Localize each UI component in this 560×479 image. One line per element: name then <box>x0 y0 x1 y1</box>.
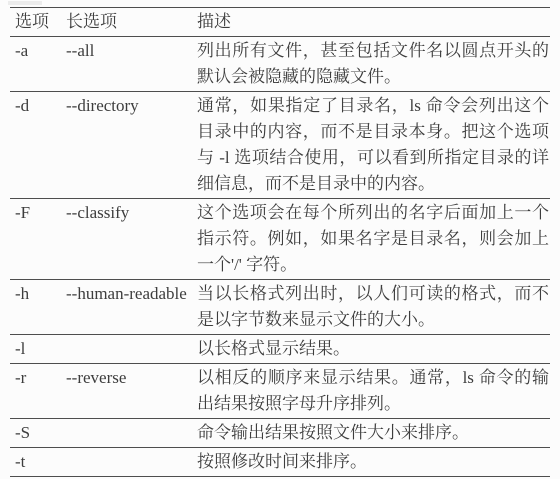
table-row: -d --directory 通常，如果指定了目录名，ls 命令会列出这个目录中… <box>10 92 550 199</box>
description-cell: 按照修改时间来排序。 <box>197 448 550 477</box>
option-cell: -d <box>10 92 66 199</box>
header-long-option: 长选项 <box>66 8 197 37</box>
table-header-row: 选项 长选项 描述 <box>10 8 550 37</box>
description-cell: 命令输出结果按照文件大小来排序。 <box>197 419 550 448</box>
long-option-cell: --directory <box>66 92 197 199</box>
long-option-cell <box>66 419 197 448</box>
scan-artifact <box>8 1 42 5</box>
description-cell: 以相反的顺序来显示结果。通常，ls 命令的输出结果按照字母升序排列。 <box>197 364 550 419</box>
option-cell: -r <box>10 364 66 419</box>
table-row: -h --human-readable 当以长格式列出时，以人们可读的格式，而不… <box>10 280 550 335</box>
long-option-cell: --reverse <box>66 364 197 419</box>
table-row: -t 按照修改时间来排序。 <box>10 448 550 477</box>
description-cell: 通常，如果指定了目录名，ls 命令会列出这个目录中的内容，而不是目录本身。把这个… <box>197 92 550 199</box>
long-option-cell: --human-readable <box>66 280 197 335</box>
table-row: -S 命令输出结果按照文件大小来排序。 <box>10 419 550 448</box>
option-cell: -a <box>10 37 66 92</box>
header-description: 描述 <box>197 8 550 37</box>
description-cell: 当以长格式列出时，以人们可读的格式，而不是以字节数来显示文件的大小。 <box>197 280 550 335</box>
table-row: -l 以长格式显示结果。 <box>10 335 550 364</box>
option-cell: -t <box>10 448 66 477</box>
option-cell: -F <box>10 199 66 280</box>
option-cell: -h <box>10 280 66 335</box>
description-cell: 这个选项会在每个所列出的名字后面加上一个指示符。例如，如果名字是目录名，则会加上… <box>197 199 550 280</box>
long-option-cell: --classify <box>66 199 197 280</box>
table-row: -r --reverse 以相反的顺序来显示结果。通常，ls 命令的输出结果按照… <box>10 364 550 419</box>
ls-options-table: 选项 长选项 描述 -a --all 列出所有文件，甚至包括文件名以圆点开头的默… <box>10 7 550 477</box>
long-option-cell <box>66 448 197 477</box>
description-cell: 列出所有文件，甚至包括文件名以圆点开头的默认会被隐藏的隐藏文件。 <box>197 37 550 92</box>
table-row: -a --all 列出所有文件，甚至包括文件名以圆点开头的默认会被隐藏的隐藏文件… <box>10 37 550 92</box>
option-cell: -l <box>10 335 66 364</box>
option-cell: -S <box>10 419 66 448</box>
header-option: 选项 <box>10 8 66 37</box>
long-option-cell: --all <box>66 37 197 92</box>
table-row: -F --classify 这个选项会在每个所列出的名字后面加上一个指示符。例如… <box>10 199 550 280</box>
long-option-cell <box>66 335 197 364</box>
description-cell: 以长格式显示结果。 <box>197 335 550 364</box>
